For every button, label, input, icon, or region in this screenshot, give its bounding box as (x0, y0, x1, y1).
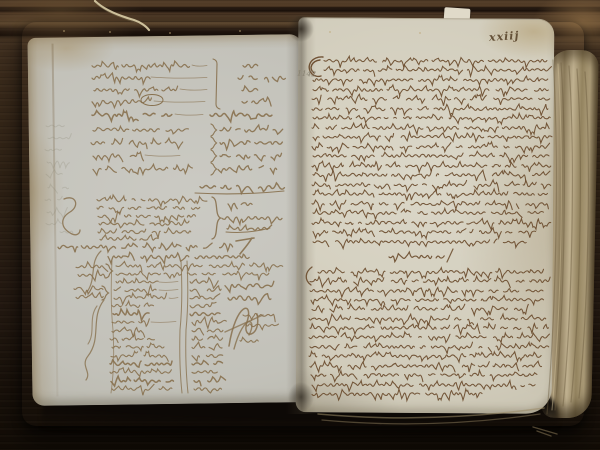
handwriting-ink-layer (0, 0, 600, 450)
margin-numeral: 1142 (297, 69, 317, 79)
left-page-ink (45, 59, 285, 395)
right-page-ink (306, 56, 552, 400)
dust-specks (63, 30, 421, 34)
wood-twig (533, 427, 557, 436)
fore-edge-lines (318, 60, 588, 424)
straw-fiber (95, 1, 149, 30)
manuscript-photograph: xxiij 1142 (0, 0, 600, 450)
folio-number: xxiij (489, 29, 520, 44)
